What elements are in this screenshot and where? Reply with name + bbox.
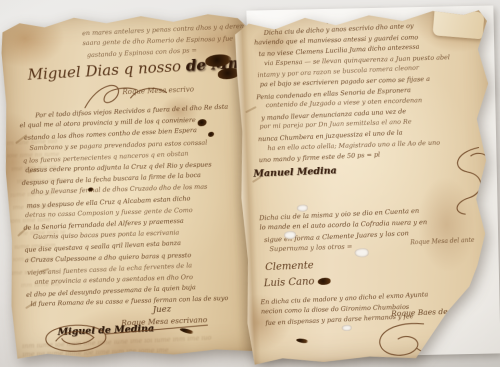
heading-cano-text: Luis Cano [264,276,315,289]
ink-blot [325,17,333,23]
clerk-subtitle: Roque Mesa escrivo [122,85,194,96]
heading-luis-cano: Luis Cano [264,276,331,290]
final-rubric-flourish [363,316,477,366]
right-section2-lines: Dicha ciu de la misma y oio se dio en Cu… [259,203,487,256]
worm-mark [296,338,309,344]
photo-backdrop: ım ıune nıme ıuoıoıe ııme nıı ıumeıme ın… [0,0,500,367]
left-body-lines: Por el todo difsos viejos Recividos a fu… [19,101,255,311]
manuscript-right-page: Dicha ciu de dicho y anos escrivio dho a… [233,7,500,365]
manuscript-left-page: ım ıune nıme ıuoıoıe ııme nıı ıumeıme ın… [0,9,260,360]
left-paper-surface: ım ıune nıme ıuoıoıe ııme nıı ıumeıme ın… [0,9,260,360]
paper-hole [297,204,308,211]
manuel-signature: Manuel Medina [253,165,337,179]
roque-signature: Roque Baes de Vega [391,306,469,318]
right-paper-surface: Dicha ciu de dicho y anos escrivio dho a… [233,7,500,365]
heading-clemente: Clemente [265,260,314,273]
ink-blot [317,278,330,286]
paper-hole [355,248,369,258]
paper-hole [284,231,296,239]
paper-hole [342,325,352,331]
